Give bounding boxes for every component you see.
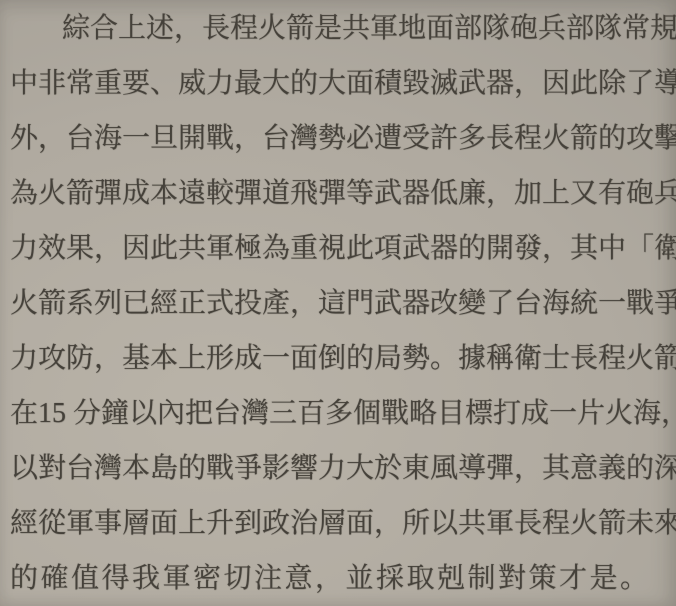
text-line: 火箭系列已經正式投產，這門武器改變了台海統一戰爭的火 [10, 276, 663, 331]
text-line: 經從軍事層面上升到政治層面，所以共軍長程火箭未來發展 [10, 496, 663, 551]
text-line: 綜合上述，長程火箭是共軍地面部隊砲兵部隊常規武器 [10, 1, 663, 56]
scanned-page: 綜合上述，長程火箭是共軍地面部隊砲兵部隊常規武器中非常重要、威力最大的大面積毀滅… [0, 0, 676, 606]
text-line: 的確值得我軍密切注意，並採取剋制對策才是。 [10, 551, 663, 606]
text-line: 中非常重要、威力最大的大面積毀滅武器，因此除了導彈之 [10, 56, 663, 111]
text-line: 外，台海一旦開戰，台灣勢必遭受許多長程火箭的攻擊，因 [10, 111, 663, 166]
text-line: 以對台灣本島的戰爭影響力大於東風導彈，其意義的深遠已 [10, 441, 663, 496]
body-paragraph: 綜合上述，長程火箭是共軍地面部隊砲兵部隊常規武器中非常重要、威力最大的大面積毀滅… [10, 1, 663, 606]
text-line: 為火箭彈成本遠較彈道飛彈等武器低廉，加上又有砲兵的火 [10, 166, 663, 221]
text-line: 力攻防，基本上形成一面倒的局勢。據稱衛士長程火箭可以 [10, 331, 663, 386]
text-line: 在15 分鐘以內把台灣三百多個戰略目標打成一片火海，所 [10, 386, 663, 441]
text-line: 力效果，因此共軍極為重視此項武器的開發，其中「衛士」 [10, 221, 663, 276]
